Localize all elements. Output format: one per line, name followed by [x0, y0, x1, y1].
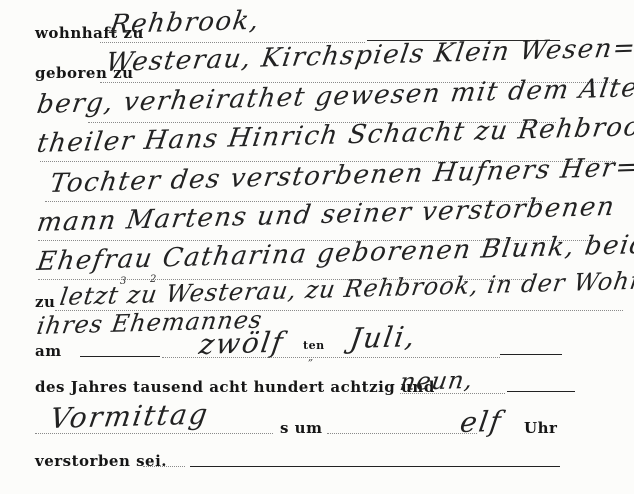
baseline-rule — [400, 393, 505, 394]
handwritten-year: neun, — [398, 366, 475, 396]
scanned-document-page: wohnhaft zu Rehbrook, geboren zu Westera… — [0, 0, 634, 494]
handwritten-daytime: Vormittag — [48, 397, 211, 435]
printed-label-zu: zu — [35, 293, 55, 311]
handwritten-birthplace: Westerau, Kirchspiels Klein Wesen= — [104, 33, 634, 78]
handwritten-hour: elf — [458, 405, 505, 439]
handwritten-residence: Rehbrook, — [108, 6, 262, 40]
printed-closing: verstorben sei. — [35, 452, 167, 470]
blank-rule — [80, 356, 160, 357]
printed-uhr: Uhr — [524, 419, 557, 437]
handwritten-line-4: theiler Hans Hinrich Schacht zu Rehbrook… — [35, 111, 634, 159]
baseline-rule — [327, 433, 477, 434]
printed-ordinal-suffix: ten — [303, 339, 325, 352]
blank-rule — [507, 391, 575, 392]
printed-label-am: am — [35, 342, 62, 360]
blank-rule — [500, 354, 562, 355]
baseline-rule — [143, 466, 185, 467]
handwritten-month: Juli, — [348, 320, 419, 355]
printed-s-um: s um — [280, 419, 322, 437]
handwritten-line-6: mann Martens und seiner verstorbenen — [35, 192, 617, 238]
handwritten-line-5: Tochter des verstorbenen Hufners Her= — [48, 152, 634, 199]
ordinal-suffix-mark: „ — [308, 352, 313, 363]
printed-year-text: des Jahres tausend acht hundert achtzig … — [35, 378, 435, 396]
blank-rule — [190, 466, 560, 467]
insertion-mark-a: 3 — [120, 276, 126, 287]
handwritten-day: zwölf — [197, 325, 287, 361]
insertion-mark-b: 2 — [150, 274, 156, 285]
